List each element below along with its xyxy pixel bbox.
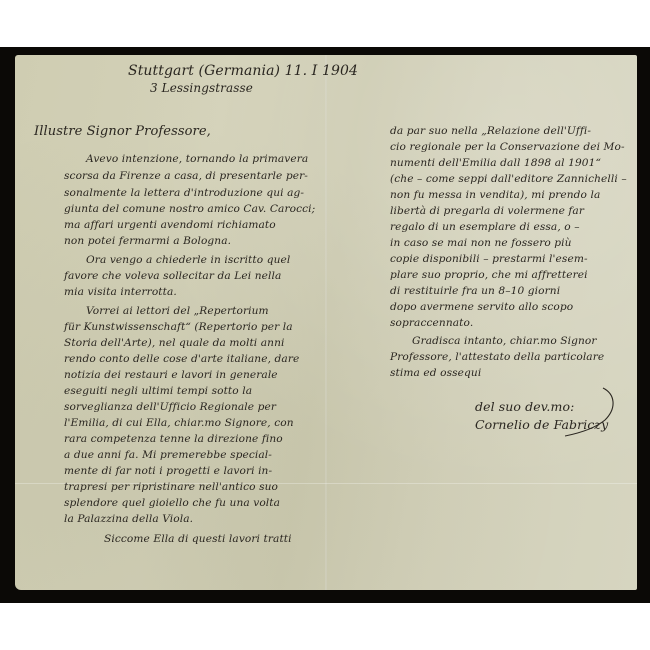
letter-line: non potei fermarmi a Bologna. <box>64 233 231 249</box>
letter-line: favore che voleva sollecitar da Lei nell… <box>64 268 281 284</box>
letter-header: Stuttgart (Germania) 11. I 1904 3 Lessin… <box>128 63 358 79</box>
vertical-fold <box>325 55 327 590</box>
letter-line: regalo di un esemplare di essa, o – <box>390 219 580 235</box>
letter-line: sonalmente la lettera d'introduzione qui… <box>64 185 304 201</box>
letter-line: notizia dei restauri e lavori in general… <box>64 367 278 383</box>
letter-line: dopo avermene servito allo scopo <box>390 299 573 315</box>
place-date: Stuttgart (Germania) 11. I 1904 <box>128 63 358 79</box>
letter-line: (che – come seppi dall'editore Zannichel… <box>390 171 627 187</box>
letter-line: la Palazzina della Viola. <box>64 511 193 527</box>
signature-flourish-icon <box>565 382 635 442</box>
letter-line: Vorrei ai lettori del „Repertorium <box>86 303 269 319</box>
letter-line: giunta del comune nostro amico Cav. Caro… <box>64 201 315 217</box>
letter-line: stima ed ossequi <box>390 365 481 381</box>
letter-line: Avevo intenzione, tornando la primavera <box>86 151 308 167</box>
letter-line: mente di far noti i progetti e lavori in… <box>64 463 272 479</box>
letter-line: Professore, l'attestato della particolar… <box>390 349 604 365</box>
letter-line: Gradisca intanto, chiar.mo Signor <box>412 333 597 349</box>
letter-line: sorveglianza dell'Ufficio Regionale per <box>64 399 276 415</box>
letter-line: da par suo nella „Relazione dell'Uffi- <box>390 123 591 139</box>
letter-line: non fu messa in vendita), mi prendo la <box>390 187 600 203</box>
letter-line: in caso se mai non ne fossero più <box>390 235 572 251</box>
letter-line: eseguiti negli ultimi tempi sotto la <box>64 383 252 399</box>
letter-line: ma affari urgenti avendomi richiamato <box>64 217 276 233</box>
letter-line: splendore quel gioiello che fu una volta <box>64 495 280 511</box>
letter-line: trapresi per ripristinare nell'antico su… <box>64 479 278 495</box>
letter-line: Siccome Ella di questi lavori tratti <box>104 531 292 547</box>
sender-address: 3 Lessingstrasse <box>150 81 253 95</box>
letter-line: für Kunstwissenschaft“ (Repertorio per l… <box>64 319 293 335</box>
letter-line: libertà di pregarla di volermene far <box>390 203 584 219</box>
letter-line: Storia dell'Arte), nel quale da molti an… <box>64 335 285 351</box>
letter-line: l'Emilia, di cui Ella, chiar.mo Signore,… <box>64 415 294 431</box>
salutation: Illustre Signor Professore, <box>34 124 211 140</box>
letter-line: numenti dell'Emilia dall 1898 al 1901“ <box>390 155 601 171</box>
letter-line: sopraccennato. <box>390 315 473 331</box>
closing: del suo dev.mo: <box>475 399 574 415</box>
letter-line: rara competenza tenne la direzione fino <box>64 431 283 447</box>
letter-line: scorsa da Firenze a casa, di presentarle… <box>64 168 308 184</box>
letter-line: mia visita interrotta. <box>64 284 177 300</box>
letter-line: copie disponibili – prestarmi l'esem- <box>390 251 588 267</box>
letter-line: rendo conto delle cose d'arte italiane, … <box>64 351 299 367</box>
letter-line: Ora vengo a chiederle in iscritto quel <box>86 252 290 268</box>
letter-line: a due anni fa. Mi premerebbe special- <box>64 447 272 463</box>
letter-line: di restituirle fra un 8–10 giorni <box>390 283 560 299</box>
letter-line: plare suo proprio, che mi affretterei <box>390 267 588 283</box>
letter-line: cio regionale per la Conservazione dei M… <box>390 139 625 155</box>
